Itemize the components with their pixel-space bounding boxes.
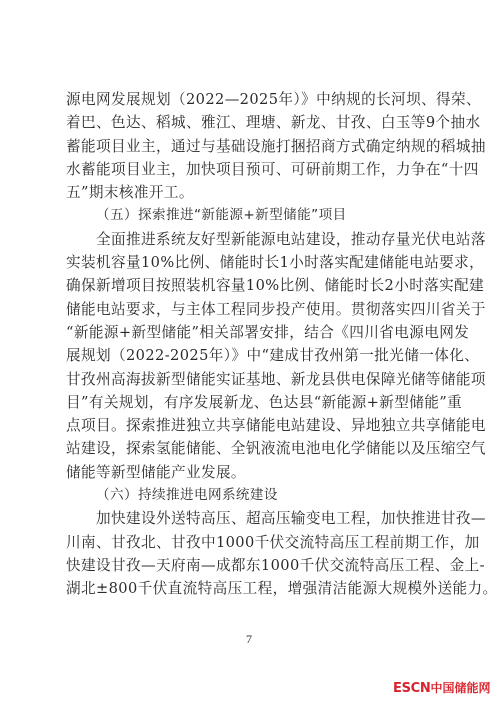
text-line: 川南、甘孜北、甘孜中1000千伏交流特高压工程前期工作，加: [66, 531, 440, 554]
text-line: 储能电站要求，与主体工程同步投产使用。贯彻落实四川省关于: [66, 298, 440, 321]
text-line: 蓄能项目业主，通过与基础设施打捆招商方式确定纳规的稻城抽: [66, 135, 440, 158]
section-heading-5: （五）探索推进“新能源+新型储能”项目: [66, 204, 440, 227]
text-line: 源电网发展规划（2022—2025年）》中纳规的长河坝、得荣、: [66, 88, 440, 111]
page-number: 7: [246, 632, 252, 647]
text-line: 站建设，探索氢能储能、全钒液流电池电化学储能以及压缩空气: [66, 437, 440, 460]
text-line: 加快建设外送特高压、超高压输变电工程，加快推进甘孜—: [66, 507, 440, 530]
text-line: 点项目。探索推进独立共享储能电站建设、异地独立共享储能电: [66, 414, 440, 437]
text-line: 全面推进系统友好型新能源电站建设，推动存量光伏电站落: [66, 228, 440, 251]
text-line: “新能源+新型储能”相关部署安排，结合《四川省电源电网发: [66, 321, 440, 344]
watermark-brand: ESCN: [393, 681, 430, 696]
watermark-logo: ESCN中国储能网: [393, 679, 490, 696]
text-line: 目”有关规划，有序发展新龙、色达县“新能源+新型储能”重: [66, 391, 440, 414]
text-line: 湖北±800千伏直流特高压工程，增强清洁能源大规模外送能力。: [66, 577, 440, 600]
section-heading-6: （六）持续推进电网系统建设: [66, 484, 440, 507]
text-line: 实装机容量10%比例、储能时长1小时落实配建储能电站要求，: [66, 251, 440, 274]
text-line: 快建设甘孜—天府南—成都东1000千伏交流特高压工程、金上-: [66, 554, 440, 577]
text-line: 甘孜州高海拔新型储能实证基地、新龙县供电保障光储等储能项: [66, 368, 440, 391]
text-line: 确保新增项目按照装机容量10%比例、储能时长2小时落实配建: [66, 274, 440, 297]
text-line: 着巴、色达、稻城、雅江、理塘、新龙、甘孜、白玉等9个抽水: [66, 111, 440, 134]
text-line: 展规划（2022-2025年）》中“建成甘孜州第一批光储一体化、: [66, 344, 440, 367]
text-line: 储能等新型储能产业发展。: [66, 461, 440, 484]
document-body: 源电网发展规划（2022—2025年）》中纳规的长河坝、得荣、 着巴、色达、稻城…: [66, 88, 440, 601]
text-line: 五”期末核准开工。: [66, 181, 440, 204]
watermark-name: 中国储能网: [430, 681, 490, 695]
text-line: 水蓄能项目业主，加快项目预可、可研前期工作，力争在“十四: [66, 158, 440, 181]
